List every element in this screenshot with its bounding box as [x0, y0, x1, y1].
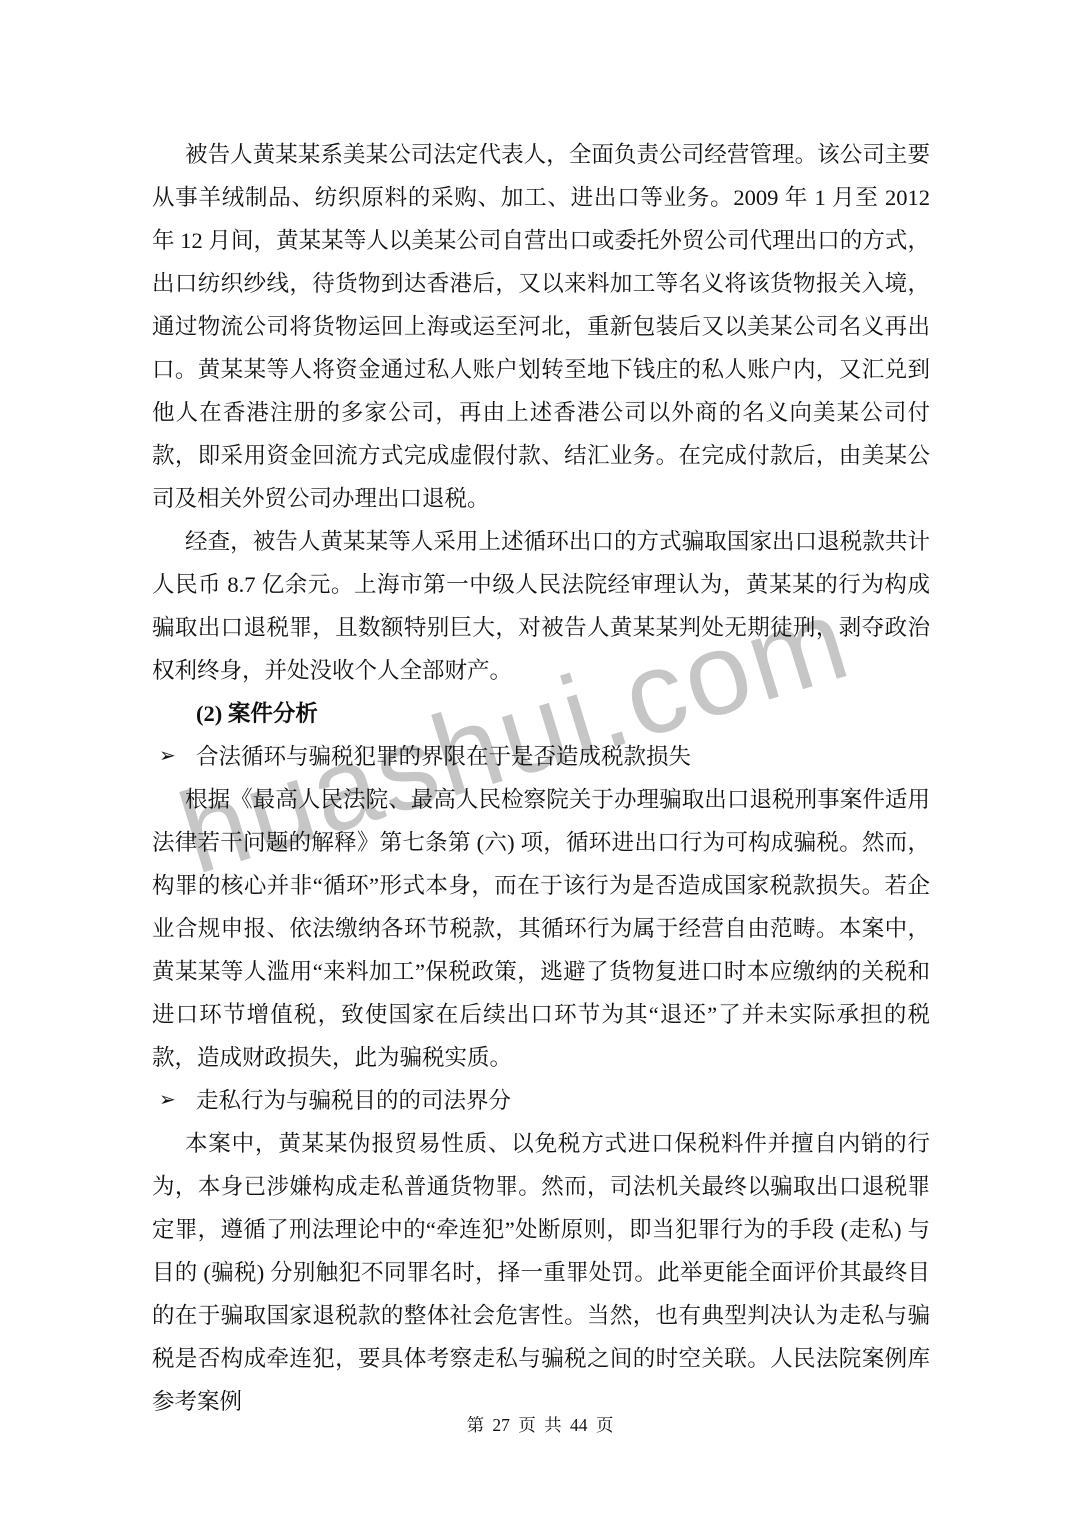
arrow-bullet-icon: ➢	[152, 735, 196, 778]
section-heading-case-analysis: (2) 案件分析	[152, 692, 930, 735]
paragraph-analysis-tax-loss: 根据《最高人民法院、最高人民检察院关于办理骗取出口退税刑事案件适用法律若干问题的…	[152, 778, 930, 1079]
bullet-item-label: 走私行为与骗税目的的司法界分	[196, 1079, 930, 1122]
document-page: huashui.com 被告人黄某某系美某公司法定代表人，全面负责公司经营管理。…	[0, 0, 1080, 1529]
document-body: 被告人黄某某系美某公司法定代表人，全面负责公司经营管理。该公司主要从事羊绒制品、…	[152, 133, 930, 1423]
paragraph-analysis-smuggling: 本案中，黄某某伪报贸易性质、以免税方式进口保税料件并擅自内销的行为，本身已涉嫌构…	[152, 1122, 930, 1423]
bullet-item-smuggling: ➢ 走私行为与骗税目的的司法界分	[152, 1079, 930, 1122]
page-number: 第 27 页 共 44 页	[0, 1412, 1080, 1438]
paragraph-case-facts: 被告人黄某某系美某公司法定代表人，全面负责公司经营管理。该公司主要从事羊绒制品、…	[152, 133, 930, 520]
bullet-item-tax-loss: ➢ 合法循环与骗税犯罪的界限在于是否造成税款损失	[152, 735, 930, 778]
arrow-bullet-icon: ➢	[152, 1079, 196, 1122]
paragraph-verdict: 经查，被告人黄某某等人采用上述循环出口的方式骗取国家出口退税款共计人民币 8.7…	[152, 520, 930, 692]
bullet-item-label: 合法循环与骗税犯罪的界限在于是否造成税款损失	[196, 735, 930, 778]
